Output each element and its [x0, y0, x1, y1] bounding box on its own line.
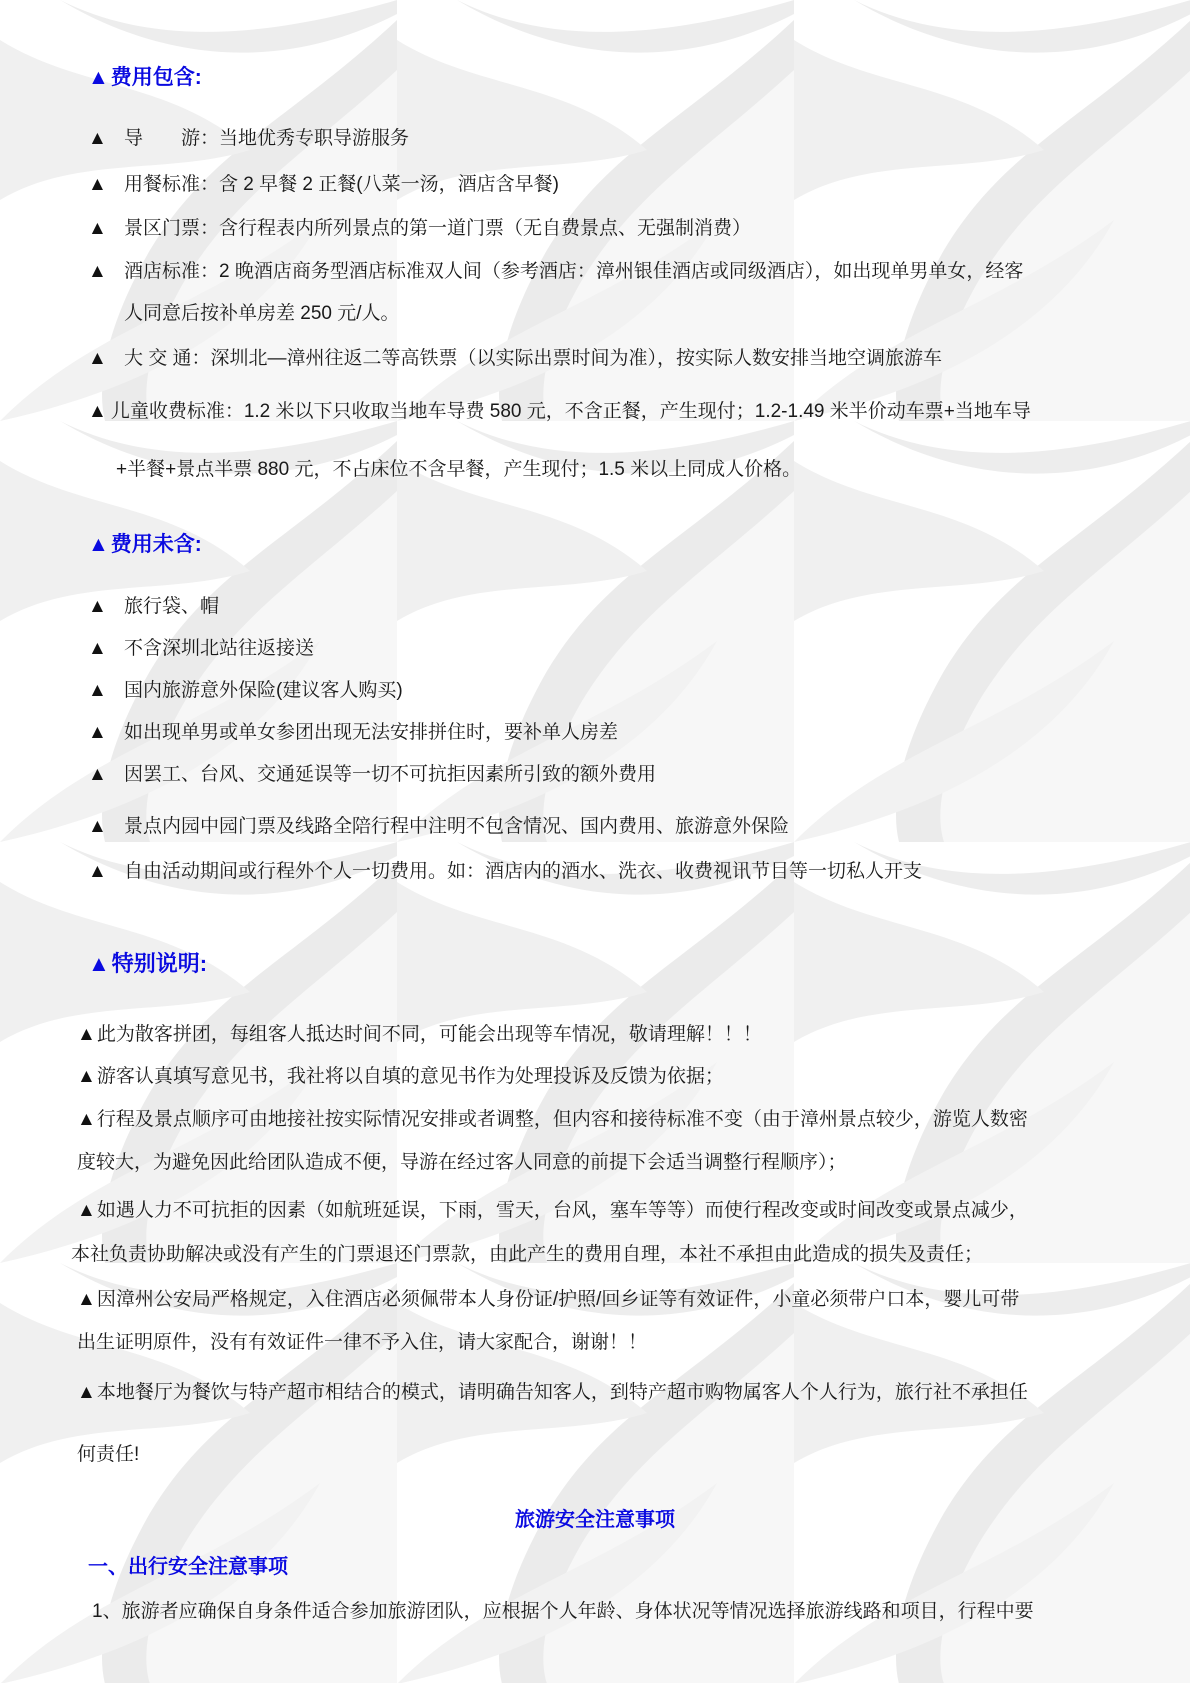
triangle-bullet-icon: ▲	[88, 951, 110, 976]
note-text: 因漳州公安局严格规定，入住酒店必须佩带本人身份证/护照/回乡证等有效证件，小童必…	[97, 1289, 1020, 1310]
list-item-text: 景点内园中园门票及线路全陪行程中注明不包含情况、国内费用、旅游意外保险	[124, 816, 789, 837]
list-item: ▲用餐标准：含 2 早餐 2 正餐(八菜一汤，酒店含早餐)	[88, 170, 1102, 200]
triangle-bullet-icon: ▲	[88, 533, 109, 556]
list-item-text: 景区门票：含行程表内所列景点的第一道门票（无自费景点、无强制消费）	[124, 218, 751, 239]
triangle-bullet-icon: ▲	[88, 124, 124, 154]
list-item: ▲自由活动期间或行程外个人一切费用。如：酒店内的酒水、洗衣、收费视讯节目等一切私…	[88, 857, 1102, 887]
list-item-continuation: +半餐+景点半票 880 元，不占床位不含早餐，产生现付；1.5 米以上同成人价…	[88, 455, 1102, 485]
list-item-text: 用餐标准：含 2 早餐 2 正餐(八菜一汤，酒店含早餐)	[124, 174, 559, 195]
triangle-bullet-icon: ▲	[88, 857, 124, 887]
list-item: ▲大 交 通：深圳北—漳州往返二等高铁票（以实际出票时间为准），按实际人数安排当…	[88, 344, 1102, 374]
triangle-bullet-icon: ▲	[77, 1200, 96, 1221]
note-line: ▲行程及景点顺序可由地接社按实际情况安排或者调整，但内容和接待标准不变（由于漳州…	[77, 1105, 1102, 1135]
note-line-continuation: 出生证明原件，没有有效证件一律不予入住，请大家配合，谢谢！！	[77, 1328, 1102, 1358]
triangle-bullet-icon: ▲	[77, 1382, 96, 1403]
list-item: ▲景点内园中园门票及线路全陪行程中注明不包含情况、国内费用、旅游意外保险	[88, 812, 1102, 842]
note-line: ▲本地餐厅为餐饮与特产超市相结合的模式，请明确告知客人，到特产超市购物属客人个人…	[77, 1378, 1102, 1408]
triangle-bullet-icon: ▲	[88, 257, 124, 287]
triangle-bullet-icon: ▲	[88, 634, 124, 664]
triangle-bullet-icon: ▲	[77, 1066, 96, 1087]
safety-subheading-text: 一、出行安全注意事项	[88, 1556, 288, 1578]
safety-subheading: 一、出行安全注意事项	[88, 1552, 1102, 1582]
list-item-text: 如出现单男或单女参团出现无法安排拼住时，要补单人房差	[124, 722, 618, 743]
triangle-bullet-icon: ▲	[88, 676, 124, 706]
note-line-continuation: 度较大，为避免因此给团队造成不便，导游在经过客人同意的前提下会适当调整行程顺序）…	[77, 1148, 1102, 1178]
triangle-bullet-icon: ▲	[88, 66, 109, 89]
list-item: ▲不含深圳北站往返接送	[88, 634, 1102, 664]
note-line-continuation: 何责任!	[77, 1440, 1102, 1470]
note-text: 度较大，为避免因此给团队造成不便，导游在经过客人同意的前提下会适当调整行程顺序）…	[77, 1152, 847, 1173]
list-item: ▲如出现单男或单女参团出现无法安排拼住时，要补单人房差	[88, 718, 1102, 748]
note-line: ▲游客认真填写意见书，我社将以自填的意见书作为处理投诉及反馈为依据；	[77, 1062, 1102, 1092]
section-heading-text: 费用未含:	[111, 533, 202, 556]
list-item-text: +半餐+景点半票 880 元，不占床位不含早餐，产生现付；1.5 米以上同成人价…	[116, 459, 801, 480]
document-page: ▲费用包含: ▲导 游：当地优秀专职导游服务 ▲用餐标准：含 2 早餐 2 正餐…	[0, 0, 1190, 1627]
section-heading-fee-included: ▲费用包含:	[88, 63, 1102, 93]
list-item-text: 自由活动期间或行程外个人一切费用。如：酒店内的酒水、洗衣、收费视讯节目等一切私人…	[124, 861, 922, 882]
triangle-bullet-icon: ▲	[88, 592, 124, 622]
list-item: ▲旅行袋、帽	[88, 592, 1102, 622]
note-text: 此为散客拼团，每组客人抵达时间不同，可能会出现等车情况，敬请理解！！！	[97, 1024, 762, 1045]
safety-section-title: 旅游安全注意事项	[88, 1505, 1102, 1535]
section-heading-text: 费用包含:	[111, 66, 202, 89]
list-item: ▲因罢工、台风、交通延误等一切不可抗拒因素所引致的额外费用	[88, 760, 1102, 790]
triangle-bullet-icon: ▲	[88, 214, 124, 244]
note-text: 如遇人力不可抗拒的因素（如航班延误，下雨，雪天，台风，塞车等等）而使行程改变或时…	[97, 1200, 1028, 1221]
list-item-continuation: 人同意后按补单房差 250 元/人。	[88, 299, 1102, 329]
safety-item-text: 1、旅游者应确保自身条件适合参加旅游团队，应根据个人年龄、身体状况等情况选择旅游…	[92, 1601, 1034, 1622]
list-item: ▲酒店标准：2 晚酒店商务型酒店标准双人间（参考酒店：漳州银佳酒店或同级酒店），…	[88, 257, 1102, 287]
list-item-text: 大 交 通：深圳北—漳州往返二等高铁票（以实际出票时间为准），按实际人数安排当地…	[124, 348, 942, 369]
list-item: ▲景区门票：含行程表内所列景点的第一道门票（无自费景点、无强制消费）	[88, 214, 1102, 244]
safety-title-text: 旅游安全注意事项	[515, 1509, 675, 1531]
triangle-bullet-icon: ▲	[88, 344, 124, 374]
triangle-bullet-icon: ▲	[77, 1024, 96, 1045]
list-item-text: 国内旅游意外保险(建议客人购买)	[124, 680, 403, 701]
triangle-bullet-icon: ▲	[88, 760, 124, 790]
note-text: 出生证明原件，没有有效证件一律不予入住，请大家配合，谢谢！！	[77, 1332, 647, 1353]
note-text: 本社负责协助解决或没有产生的门票退还门票款，由此产生的费用自理，本社不承担由此造…	[71, 1244, 983, 1265]
note-text: 行程及景点顺序可由地接社按实际情况安排或者调整，但内容和接待标准不变（由于漳州景…	[97, 1109, 1028, 1130]
triangle-bullet-icon: ▲	[77, 1289, 96, 1310]
note-text: 本地餐厅为餐饮与特产超市相结合的模式，请明确告知客人，到特产超市购物属客人个人行…	[97, 1382, 1028, 1403]
triangle-bullet-icon: ▲	[77, 1109, 96, 1130]
list-item-text: 儿童收费标准：1.2 米以下只收取当地车导费 580 元，不含正餐，产生现付；1…	[111, 401, 1031, 422]
note-line-continuation: 本社负责协助解决或没有产生的门票退还门票款，由此产生的费用自理，本社不承担由此造…	[71, 1240, 1102, 1270]
list-item-text: 旅行袋、帽	[124, 596, 219, 617]
list-item-text: 因罢工、台风、交通延误等一切不可抗拒因素所引致的额外费用	[124, 764, 656, 785]
section-heading-special-notes: ▲特别说明:	[88, 948, 1102, 980]
triangle-bullet-icon: ▲	[88, 812, 124, 842]
list-item-text: 不含深圳北站往返接送	[124, 638, 314, 659]
note-text: 何责任!	[77, 1444, 139, 1465]
triangle-bullet-icon: ▲	[88, 170, 124, 200]
special-notes-block: ▲此为散客拼团，每组客人抵达时间不同，可能会出现等车情况，敬请理解！！！ ▲游客…	[77, 980, 1102, 1470]
list-item: ▲导 游：当地优秀专职导游服务	[88, 124, 1102, 154]
list-item-text: 人同意后按补单房差 250 元/人。	[124, 303, 400, 324]
safety-item: 1、旅游者应确保自身条件适合参加旅游团队，应根据个人年龄、身体状况等情况选择旅游…	[92, 1597, 1102, 1627]
list-item: ▲国内旅游意外保险(建议客人购买)	[88, 676, 1102, 706]
note-line: ▲因漳州公安局严格规定，入住酒店必须佩带本人身份证/护照/回乡证等有效证件，小童…	[77, 1285, 1102, 1315]
list-item-text: 导 游：当地优秀专职导游服务	[124, 128, 409, 149]
note-text: 游客认真填写意见书，我社将以自填的意见书作为处理投诉及反馈为依据；	[97, 1066, 724, 1087]
triangle-bullet-icon: ▲	[88, 397, 107, 427]
triangle-bullet-icon: ▲	[88, 718, 124, 748]
section-heading-text: 特别说明:	[112, 951, 207, 976]
list-item: ▲儿童收费标准：1.2 米以下只收取当地车导费 580 元，不含正餐，产生现付；…	[88, 397, 1102, 427]
section-heading-fee-excluded: ▲费用未含:	[88, 530, 1102, 560]
list-item-text: 酒店标准：2 晚酒店商务型酒店标准双人间（参考酒店：漳州银佳酒店或同级酒店），如…	[124, 261, 1023, 282]
note-line: ▲此为散客拼团，每组客人抵达时间不同，可能会出现等车情况，敬请理解！！！	[77, 1020, 1102, 1050]
note-line: ▲如遇人力不可抗拒的因素（如航班延误，下雨，雪天，台风，塞车等等）而使行程改变或…	[77, 1196, 1102, 1226]
